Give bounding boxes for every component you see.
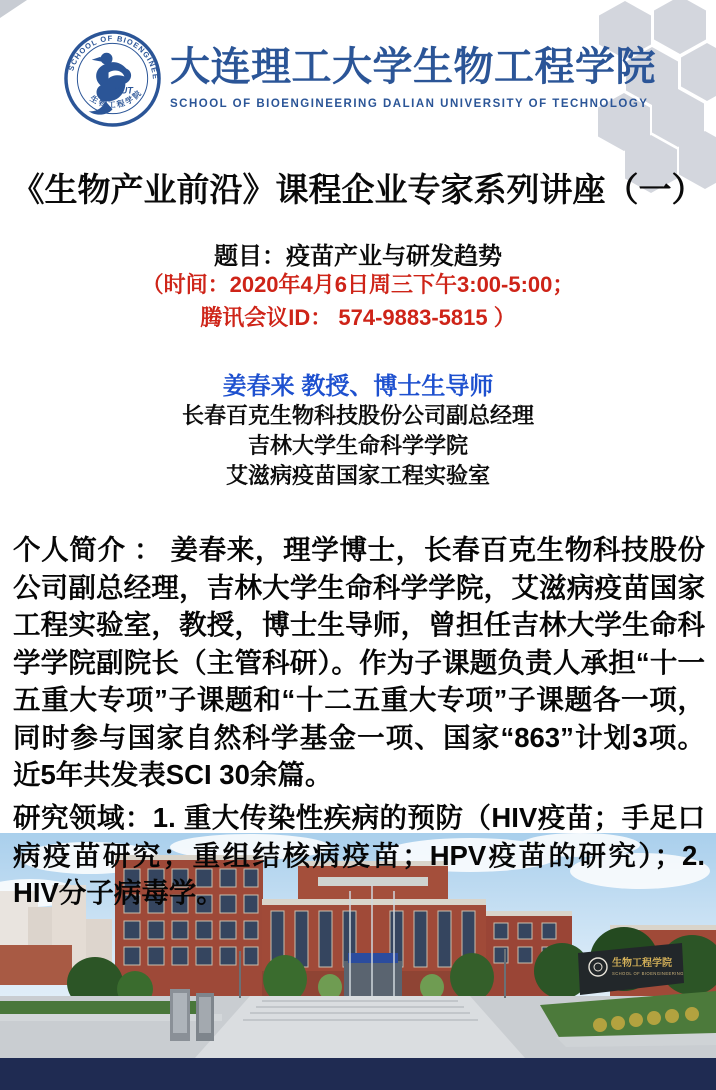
corner-triangle-decoration [0, 0, 27, 18]
bio-intro-paragraph: 个人简介 ： 姜春来，理学博士，长春百克生物科技股份公司副总经理，吉林大学生命科… [13, 531, 705, 794]
sign-text-cn: 生物工程学院 [612, 956, 672, 969]
affiliation-line: 艾滋病疫苗国家工程实验室 [0, 461, 716, 491]
lecture-schedule: （时间：2020年4月6日周三下午3:00-5:00； 腾讯会议ID： 574-… [0, 268, 716, 334]
affiliation-line: 吉林大学生命科学学院 [0, 431, 716, 461]
lecture-topic: 题目：疫苗产业与研发趋势 [0, 236, 716, 271]
speaker-affiliations: 长春百克生物科技股份公司副总经理 吉林大学生命科学学院 艾滋病疫苗国家工程实验室 [0, 401, 716, 491]
research-areas-paragraph: 研究领域：1. 重大传染性疾病的预防（HIV疫苗；手足口病疫苗研究；重组结核病疫… [13, 799, 705, 912]
speaker-name: 姜春来 教授、博士生导师 [0, 366, 716, 401]
lecture-poster: SCHOOL OF BIOENGINEERING 生物工程学院 DUT 大连理工… [0, 0, 716, 1090]
school-seal-logo: SCHOOL OF BIOENGINEERING 生物工程学院 DUT [63, 29, 162, 128]
meeting-id: 腾讯会议ID： 574-9883-5815 ） [0, 301, 716, 334]
header: 大连理工大学生物工程学院 SCHOOL OF BIOENGINEERING DA… [170, 46, 690, 110]
series-title: 《生物产业前沿》课程企业专家系列讲座（一） [0, 164, 716, 211]
affiliation-line: 长春百克生物科技股份公司副总经理 [0, 401, 716, 431]
footer-bar [0, 1058, 716, 1090]
school-title-cn: 大连理工大学生物工程学院 [170, 46, 690, 88]
sign-text-en: SCHOOL OF BIOENGINEERING [612, 971, 684, 976]
seal-monogram: DUT [114, 85, 134, 95]
school-title-en: SCHOOL OF BIOENGINEERING DALIAN UNIVERSI… [170, 98, 690, 110]
lecture-time: （时间：2020年4月6日周三下午3:00-5:00； [0, 268, 716, 301]
